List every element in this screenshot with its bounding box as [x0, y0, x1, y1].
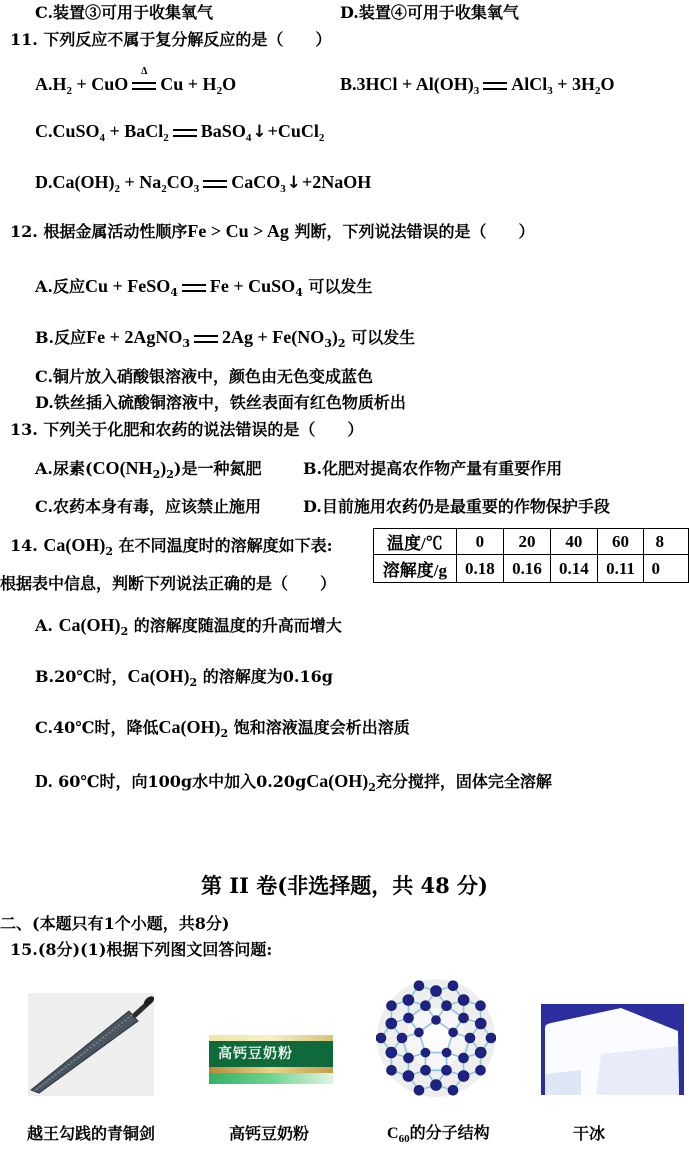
- subscript: 2: [338, 337, 346, 350]
- chemical-formula: Cu + FeSO: [85, 276, 170, 296]
- subscript: 3: [474, 85, 480, 97]
- precipitate-arrow-icon: ↓: [287, 173, 301, 193]
- subscript: 3: [547, 85, 553, 97]
- chemical-formula: CO(NH: [93, 458, 153, 478]
- q11-option-a: A.H2 + CuOΔCu + H2O: [35, 73, 236, 95]
- table-header-row: 温度/℃ 0 20 40 60 8: [374, 529, 689, 555]
- c60-structure-image: [376, 979, 496, 1099]
- equals-sign: [194, 335, 218, 343]
- subscript: 3: [280, 183, 286, 195]
- q14-option-c: C.40℃时，降低Ca(OH)2 饱和溶液温度会析出溶质: [35, 717, 410, 738]
- dry-ice-block-icon: [541, 1004, 684, 1095]
- table-cell: 0.14: [551, 555, 597, 583]
- subscript: 2: [105, 545, 113, 558]
- section-2-title: 二、(本题只有1个小题，共8分): [0, 914, 229, 934]
- q12-option-a: A.反应Cu + FeSO4Fe + CuSO4 可以发生: [35, 276, 372, 297]
- exam-page: C.装置③可用于收集氧气 D.装置④可用于收集氧气 11. 下列反应不属于复分解…: [0, 0, 689, 1160]
- q12-stem: 12. 根据金属活动性顺序Fe > Cu > Ag 判断，下列说法错误的是（ ）: [10, 221, 535, 242]
- subscript: 2: [319, 132, 325, 144]
- equals-sign: [483, 82, 507, 90]
- chemical-formula: 2Ag + Fe(NO: [222, 327, 324, 347]
- subscript: 4: [100, 132, 106, 144]
- table-cell-partial: 0: [644, 555, 689, 583]
- subscript: 3: [182, 337, 190, 350]
- subscript: 4: [170, 286, 178, 299]
- subscript: 2: [121, 625, 129, 638]
- subscript: 2: [220, 727, 228, 740]
- table-cell-partial: 8: [644, 529, 689, 555]
- q14-option-d: D. 60℃时，向100g水中加入0.20gCa(OH)2充分搅拌，固体完全溶解: [35, 771, 552, 792]
- q12-option-c: C.铜片放入硝酸银溶液中，颜色由无色变成蓝色: [35, 367, 373, 387]
- table-cell: 溶解度/g: [374, 555, 457, 583]
- equals-sign: [173, 129, 197, 137]
- subscript: 4: [246, 132, 252, 144]
- q13-option-c: C.农药本身有毒，应该禁止施用: [35, 497, 261, 517]
- equals-sign: Δ: [132, 82, 156, 90]
- chemical-formula: Ca(OH): [43, 535, 105, 555]
- q13-option-a: A.尿素(CO(NH2)2)是一种氮肥: [35, 458, 261, 479]
- table-cell: 温度/℃: [374, 529, 457, 555]
- dry-ice-caption: 干冰: [573, 1124, 605, 1144]
- table-cell: 40: [551, 529, 597, 555]
- equals-sign: [182, 284, 206, 292]
- subscript: 2: [368, 781, 376, 794]
- table-cell: 0.18: [456, 555, 503, 583]
- sword-icon: [28, 993, 154, 1096]
- table-cell: 0.16: [503, 555, 550, 583]
- q10-option-d: D.装置④可用于收集氧气: [340, 3, 519, 23]
- table-cell: 60: [597, 529, 644, 555]
- q13-option-d: D.目前施用农药仍是最重要的作物保护手段: [303, 497, 610, 517]
- chemical-formula: Ca(OH): [59, 615, 121, 635]
- q12-option-b: B.反应Fe + 2AgNO32Ag + Fe(NO3)2 可以发生: [35, 327, 415, 348]
- subscript: 2: [217, 85, 223, 97]
- bronze-sword-image: [28, 993, 154, 1096]
- q11-stem: 11. 下列反应不属于复分解反应的是（ ）: [10, 30, 331, 50]
- c60-caption: C60的分子结构: [387, 1124, 490, 1144]
- soy-milk-powder-image: 高钙豆奶粉: [209, 1035, 333, 1084]
- chemical-formula: Fe > Cu > Ag: [187, 221, 289, 241]
- table-cell: 0.11: [597, 555, 644, 583]
- table-cell: 0: [456, 529, 503, 555]
- subscript: 2: [67, 85, 73, 97]
- subscript: 2: [595, 85, 601, 97]
- q12-option-d: D.铁丝插入硫酸铜溶液中，铁丝表面有红色物质析出: [35, 393, 406, 413]
- subscript: 3: [324, 337, 332, 350]
- precipitate-arrow-icon: ↓: [252, 122, 266, 142]
- q10-option-c: C.装置③可用于收集氧气: [35, 3, 213, 23]
- chemical-formula: Ca(OH): [128, 666, 190, 686]
- heat-condition-icon: Δ: [141, 67, 147, 77]
- part2-heading: 第 II 卷(非选择题，共 48 分): [0, 874, 689, 898]
- chemical-formula: Fe + 2AgNO: [86, 327, 182, 347]
- q11-option-b: B.3HCl + Al(OH)3AlCl3 + 3H2O: [340, 73, 615, 95]
- equals-sign: [203, 180, 227, 188]
- dry-ice-image: [541, 1004, 684, 1095]
- package-stripe: [209, 1073, 333, 1084]
- subscript: 2: [166, 468, 174, 481]
- subscript: 3: [194, 183, 200, 195]
- chemical-formula: Ca(OH): [158, 717, 220, 737]
- sword-caption: 越王勾践的青铜剑: [27, 1124, 155, 1144]
- subscript: 2: [115, 183, 121, 195]
- table-row: 溶解度/g 0.18 0.16 0.14 0.11 0: [374, 555, 689, 583]
- q14-option-b: B.20℃时，Ca(OH)2 的溶解度为0.16g: [35, 666, 333, 687]
- milk-caption: 高钙豆奶粉: [229, 1124, 309, 1144]
- chemical-formula: Ca(OH): [306, 771, 368, 791]
- q11-option-c: C.CuSO4 + BaCl2BaSO4↓+CuCl2: [35, 120, 324, 143]
- c60-molecule-icon: [376, 979, 496, 1099]
- subscript: 2: [163, 132, 169, 144]
- q14-stem2: 根据表中信息，判断下列说法正确的是（ ）: [0, 574, 336, 594]
- solubility-table: 温度/℃ 0 20 40 60 8 溶解度/g 0.18 0.16 0.14 0…: [373, 528, 689, 583]
- q13-option-b: B.化肥对提高农作物产量有重要作用: [303, 459, 562, 479]
- q14-option-a: A. Ca(OH)2 的溶解度随温度的升高而增大: [35, 615, 342, 636]
- q11-option-d: D.Ca(OH)2 + Na2CO3CaCO3↓+2NaOH: [35, 171, 371, 194]
- chemical-formula: Fe + CuSO: [210, 276, 295, 296]
- subscript: 2: [190, 676, 198, 689]
- q13-stem: 13. 下列关于化肥和农药的说法错误的是（ ）: [10, 420, 363, 440]
- chemical-formula: D.: [35, 771, 53, 791]
- q14-stem: 14. Ca(OH)2 在不同温度时的溶解度如下表:: [10, 535, 333, 556]
- subscript: 4: [295, 286, 303, 299]
- q15-stem: 15.(8分)(1)根据下列图文回答问题:: [10, 940, 272, 960]
- subscript: 2: [161, 183, 167, 195]
- subscript: 60: [399, 1133, 410, 1145]
- package-label: 高钙豆奶粉: [209, 1041, 333, 1067]
- table-cell: 20: [503, 529, 550, 555]
